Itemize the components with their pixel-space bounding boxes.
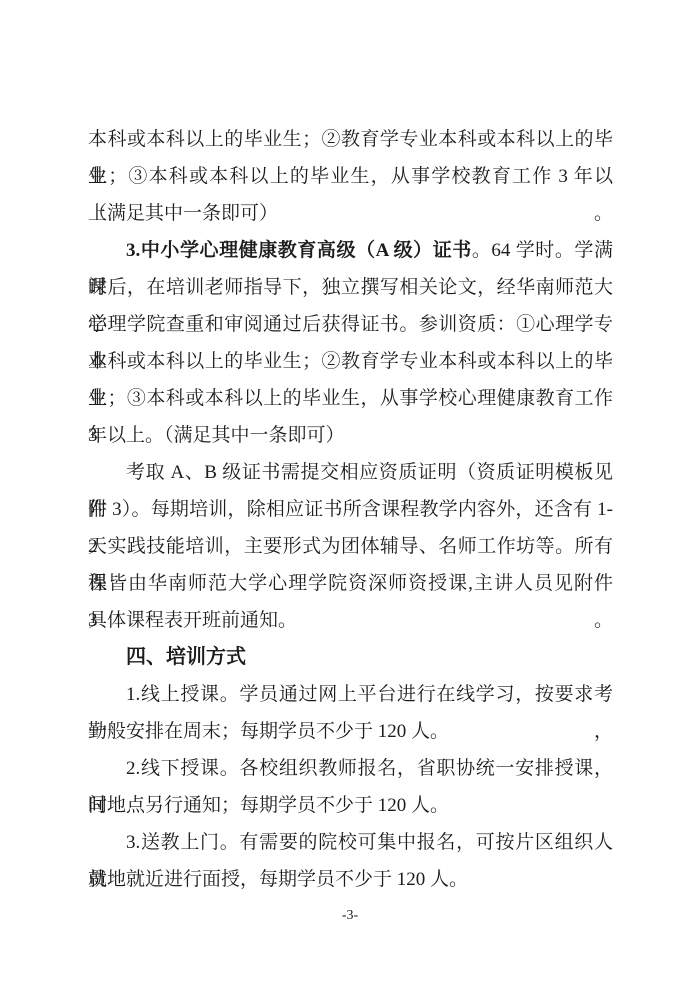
text-line: 时后，在培训老师指导下，独立撰写相关论文，经华南师范大学 bbox=[88, 269, 613, 306]
text-line: 生；③本科或本科以上的毕业生，从事学校教育工作 3 年以上。 bbox=[88, 158, 613, 195]
bold-run-certificate-a-level: 3.中小学心理健康教育高级（A 级）证书 bbox=[126, 240, 472, 261]
text-line: 3.送教上门。有需要的院校可集中报名，可按片区组织人员 bbox=[88, 824, 613, 861]
text-line: 间地点另行通知；每期学员不少于 120 人。 bbox=[88, 787, 613, 824]
text-line: 1.线上授课。学员通过网上平台进行在线学习，按要求考勤， bbox=[88, 676, 613, 713]
text-line: 件 3）。每期培训，除相应证书所含课程教学内容外，还含有 1-2 bbox=[88, 491, 613, 528]
text-line: 考取 A、B 级证书需提交相应资质证明（资质证明模板见附 bbox=[88, 454, 613, 491]
text-line: 心理学院查重和审阅通过后获得证书。参训资质：①心理学专业 bbox=[88, 306, 613, 343]
text-line: 3.中小学心理健康教育高级（A 级）证书。64 学时。学满课 bbox=[88, 232, 613, 269]
text-block: 本科或本科以上的毕业生；②教育学专业本科或本科以上的毕业 生；③本科或本科以上的… bbox=[88, 121, 613, 898]
text-line: 就地就近进行面授，每期学员不少于 120 人。 bbox=[88, 861, 613, 898]
text-line: 2.线下授课。各校组织教师报名，省职协统一安排授课，时 bbox=[88, 750, 613, 787]
page-number: -3- bbox=[0, 908, 700, 924]
text-line: 本科或本科以上的毕业生；②教育学专业本科或本科以上的毕业 bbox=[88, 121, 613, 158]
text-line: 生；③本科或本科以上的毕业生，从事学校心理健康教育工作 3 bbox=[88, 380, 613, 417]
section-heading-training-methods: 四、培训方式 bbox=[88, 639, 613, 676]
document-page: 本科或本科以上的毕业生；②教育学专业本科或本科以上的毕业 生；③本科或本科以上的… bbox=[0, 0, 700, 990]
text-line: 年以上。（满足其中一条即可） bbox=[88, 417, 613, 454]
text-line: 本科或本科以上的毕业生；②教育学专业本科或本科以上的毕业 bbox=[88, 343, 613, 380]
text-line: 程皆由华南师范大学心理学院资深师资授课,主讲人员见附件 3。 bbox=[88, 565, 613, 602]
text-line: 天实践技能培训，主要形式为团体辅导、名师工作坊等。所有课 bbox=[88, 528, 613, 565]
